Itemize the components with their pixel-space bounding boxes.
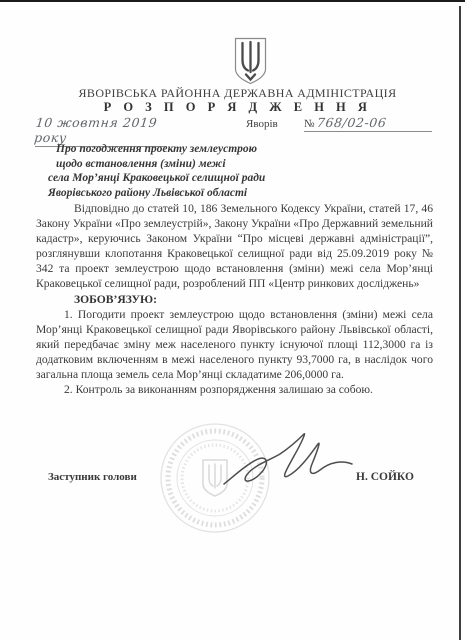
order-item-2: 2. Контроль за виконанням розпорядження … <box>36 382 433 397</box>
number-field: № 768/02-06 <box>304 115 432 132</box>
subject-line: щодо встановлення (зміни) межі <box>48 157 348 172</box>
signer-name: Н. СОЙКО <box>356 471 414 483</box>
place-label: Яворів <box>246 118 278 130</box>
scan-border-top <box>0 0 465 2</box>
signature-scrawl <box>218 426 358 506</box>
handwritten-number: 768/02-06 <box>316 115 387 130</box>
subject-line: Про погодження проекту землеустрою <box>48 142 348 157</box>
handwritten-date: 10 жовтня 2019 року <box>33 115 168 145</box>
body-paragraph: Відповідно до статей 10, 186 Земельного … <box>36 201 433 292</box>
order-item-1: 1. Погодити проект землеустрою щодо вста… <box>36 307 433 382</box>
org-name: ЯВОРІВСЬКА РАЙОННА ДЕРЖАВНА АДМІНІСТРАЦІ… <box>0 86 465 101</box>
subject-block: Про погодження проекту землеустрою щодо … <box>48 142 348 200</box>
meta-row: 10 жовтня 2019 року Яворів № 768/02-06 <box>0 112 465 134</box>
ukraine-trident-icon <box>232 37 269 90</box>
oblige-heading: ЗОБОВ’ЯЗУЮ: <box>36 292 433 307</box>
scanned-document-page: ЯВОРІВСЬКА РАЙОННА ДЕРЖАВНА АДМІНІСТРАЦІ… <box>0 0 465 640</box>
body-text: Відповідно до статей 10, 186 Земельного … <box>36 201 433 397</box>
subject-line: Яворівського району Львівської області <box>48 186 348 201</box>
subject-line: села Мор’янці Краковецької селищної ради <box>48 171 348 186</box>
signer-title: Заступник голови <box>48 471 137 483</box>
number-sign-label: № <box>304 118 315 130</box>
